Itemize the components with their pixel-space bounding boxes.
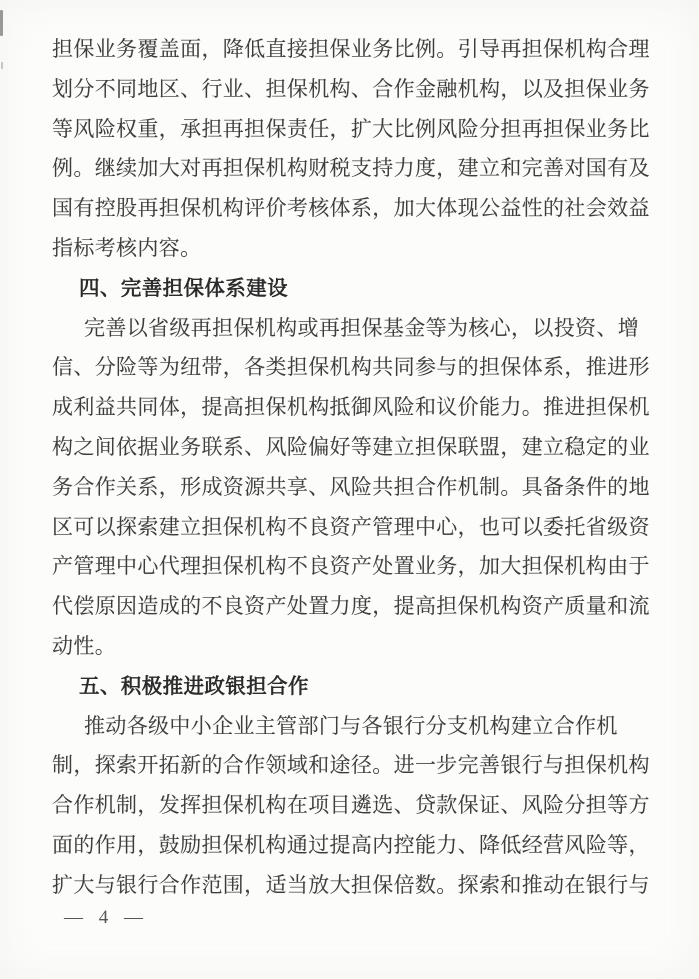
text-line: 指标考核内容。 xyxy=(52,229,652,269)
section-heading: 四、完善担保体系建设 xyxy=(52,269,652,309)
scan-artifact xyxy=(0,10,3,36)
text-line: 国有控股再担保机构评价考核体系，加大体现公益性的社会效益 xyxy=(52,189,652,229)
text-line: 务合作关系，形成资源共享、风险共担合作机制。具备条件的地 xyxy=(52,468,652,508)
text-line: 区可以探索建立担保机构不良资产管理中心，也可以委托省级资 xyxy=(52,508,652,548)
document-content: 担保业务覆盖面，降低直接担保业务比例。引导再担保机构合理划分不同地区、行业、担保… xyxy=(52,30,652,906)
text-line: 代偿原因造成的不良资产处置力度，提高担保机构资产质量和流 xyxy=(52,587,652,627)
text-line: 动性。 xyxy=(52,627,652,667)
page-number: — 4 — xyxy=(64,907,144,928)
page-footer: — 4 — xyxy=(64,903,144,933)
text-line: 例。继续加大对再担保机构财税支持力度，建立和完善对国有及 xyxy=(52,149,652,189)
text-line: 制，探索开拓新的合作领域和途径。进一步完善银行与担保机构 xyxy=(52,746,652,786)
text-line: 合作机制，发挥担保机构在项目遴选、贷款保证、风险分担等方 xyxy=(52,786,652,826)
text-line: 划分不同地区、行业、担保机构、合作金融机构，以及担保业务 xyxy=(52,70,652,110)
text-line: 完善以省级再担保机构或再担保基金等为核心，以投资、增 xyxy=(52,309,652,349)
document-page: 担保业务覆盖面，降低直接担保业务比例。引导再担保机构合理划分不同地区、行业、担保… xyxy=(0,0,699,979)
text-line: 担保业务覆盖面，降低直接担保业务比例。引导再担保机构合理 xyxy=(52,30,652,70)
text-line: 扩大与银行合作范围，适当放大担保倍数。探索和推动在银行与 xyxy=(52,866,652,906)
scan-artifact xyxy=(1,62,3,69)
text-line: 推动各级中小企业主管部门与各银行分支机构建立合作机 xyxy=(52,707,652,747)
text-line: 等风险权重，承担再担保责任，扩大比例风险分担再担保业务比 xyxy=(52,110,652,150)
text-line: 信、分险等为纽带，各类担保机构共同参与的担保体系，推进形 xyxy=(52,348,652,388)
text-line: 构之间依据业务联系、风险偏好等建立担保联盟，建立稳定的业 xyxy=(52,428,652,468)
text-line: 面的作用，鼓励担保机构通过提高内控能力、降低经营风险等， xyxy=(52,826,652,866)
text-line: 产管理中心代理担保机构不良资产处置业务，加大担保机构由于 xyxy=(52,547,652,587)
section-heading: 五、积极推进政银担合作 xyxy=(52,667,652,707)
text-line: 成利益共同体，提高担保机构抵御风险和议价能力。推进担保机 xyxy=(52,388,652,428)
